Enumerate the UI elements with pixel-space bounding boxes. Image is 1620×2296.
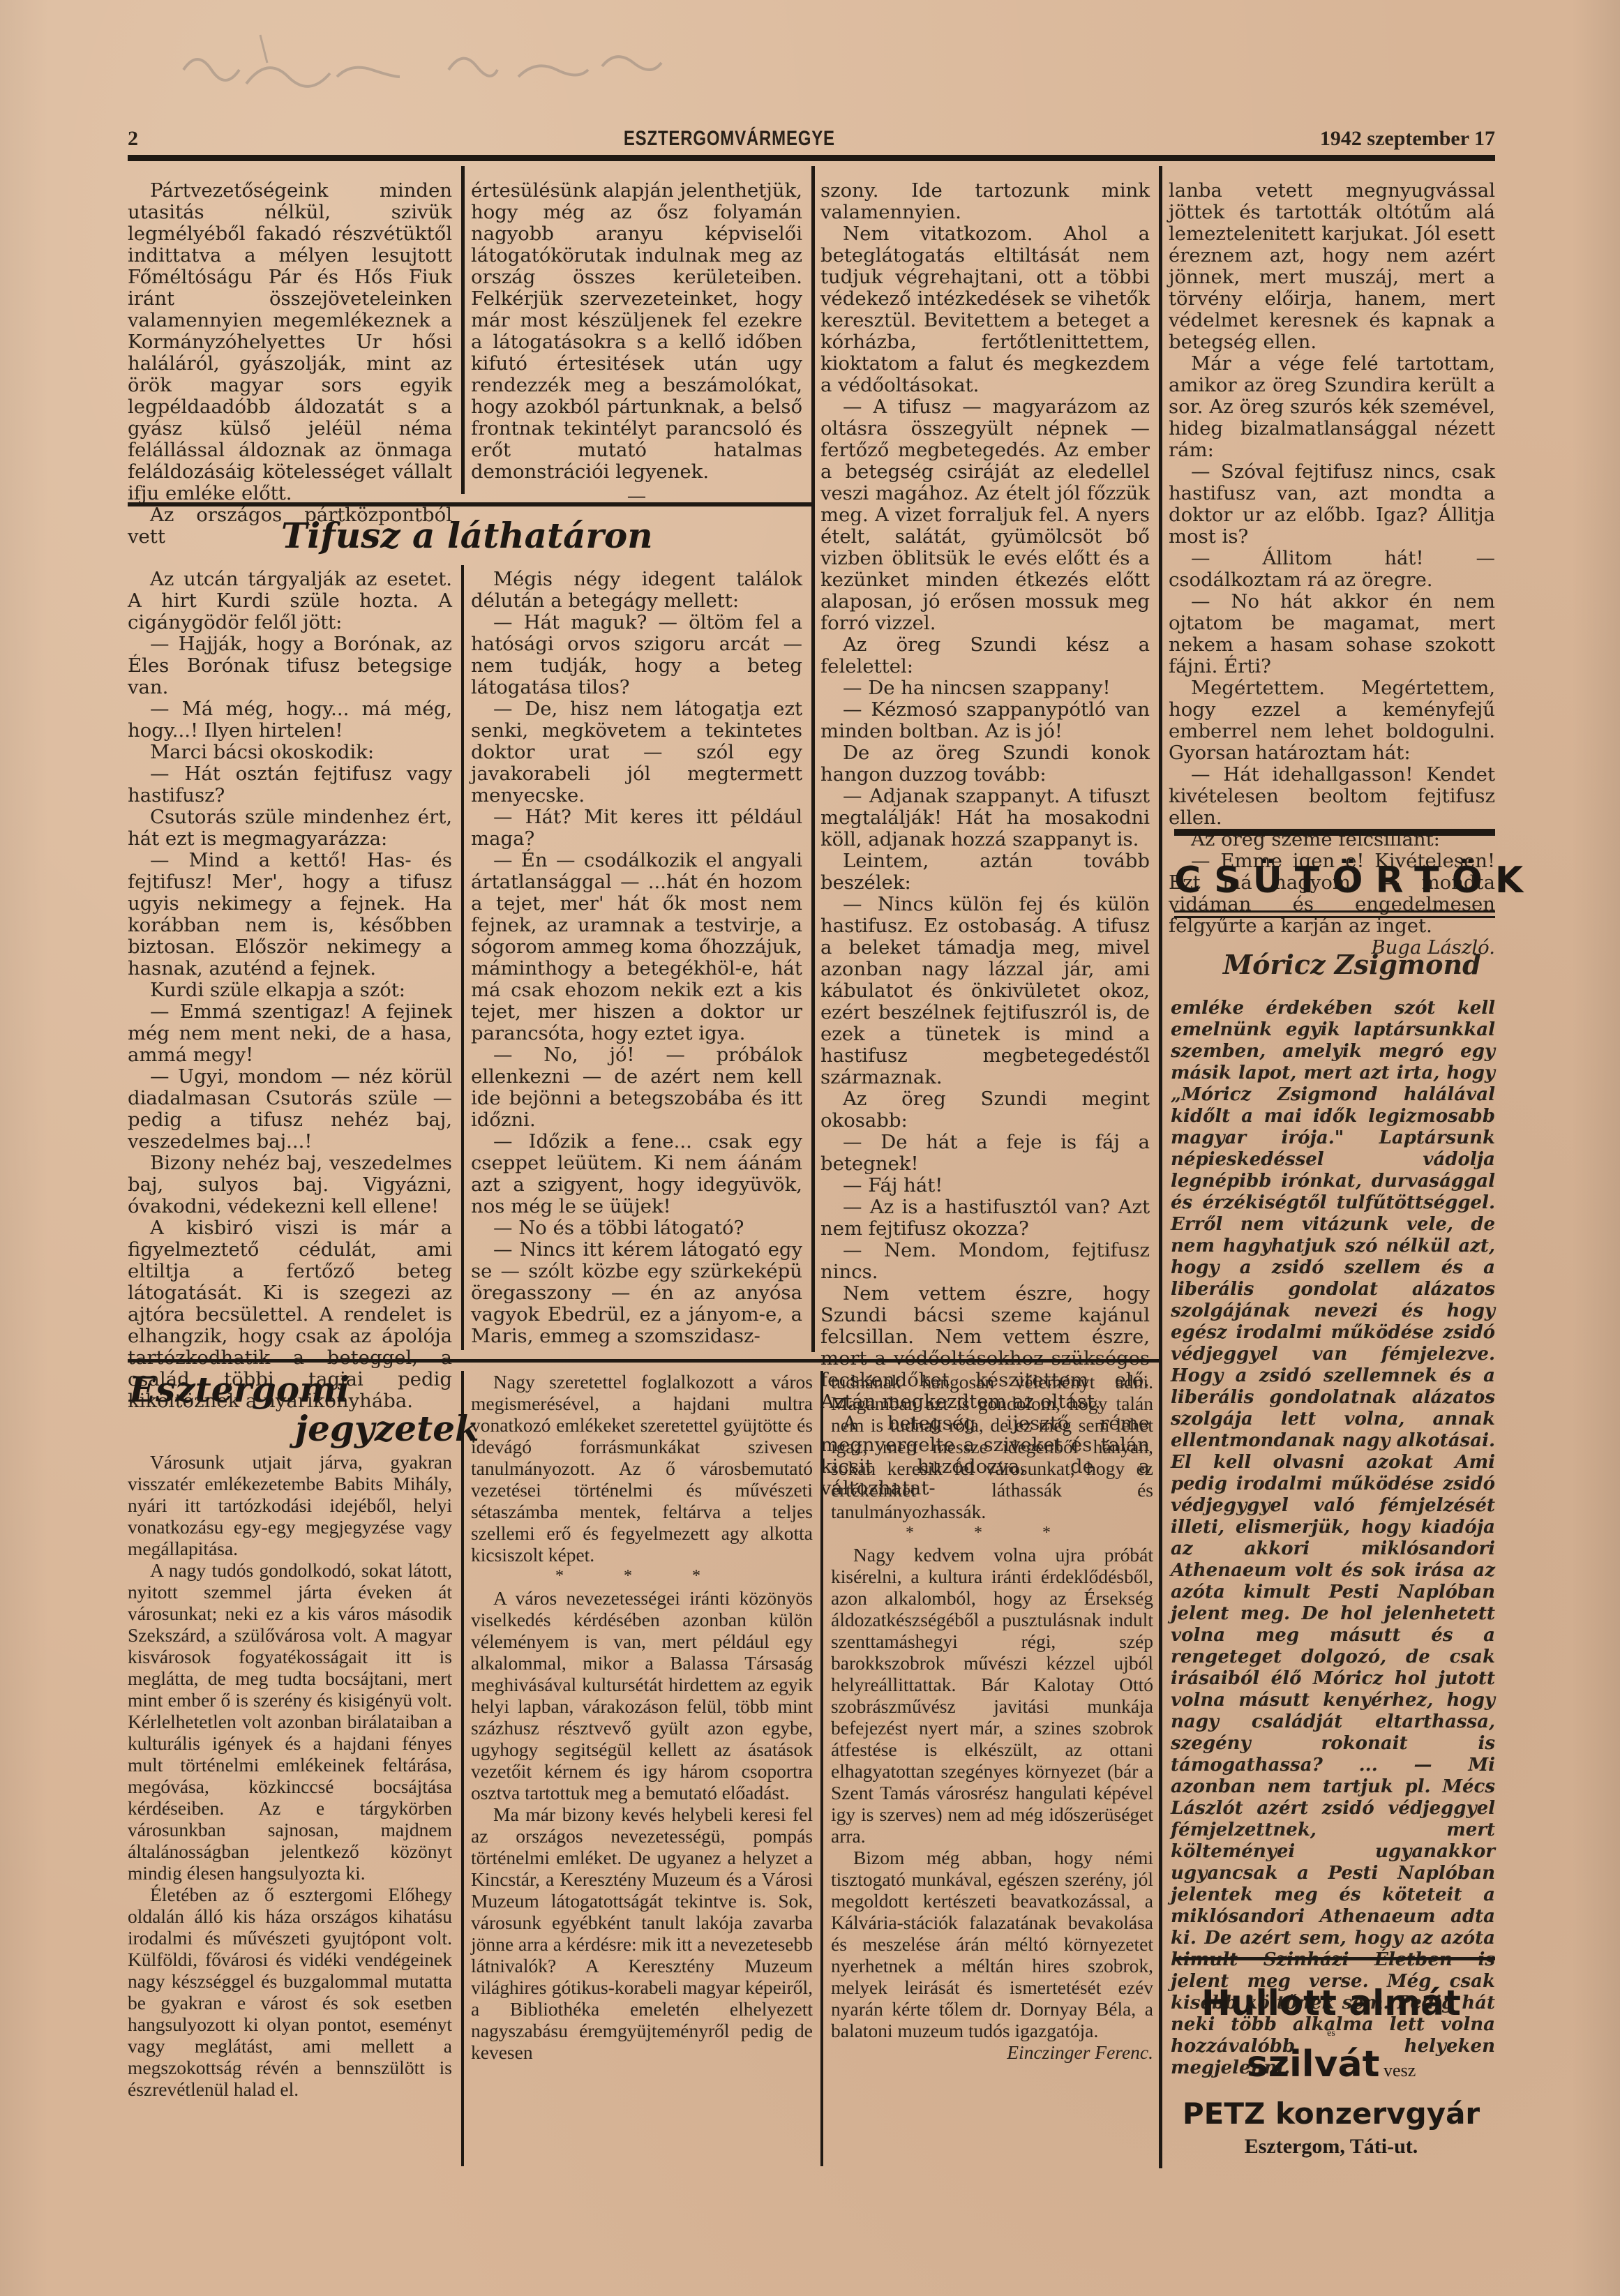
ad-line-plums: szilvát	[1247, 2043, 1380, 2085]
jegyzetek-col1: Városunk utjait járva, gyakran visszatér…	[128, 1451, 452, 2100]
paragraph: Már a vége felé tartottam, amikor az öre…	[1169, 353, 1495, 461]
paragraph: Az utcán tárgyalják az esetet. A hirt Ku…	[128, 569, 452, 633]
newspaper-page: 2 ESZTERGOMVÁRMEGYE 1942 szeptember 17 P…	[128, 0, 1495, 2296]
paragraph: — No hát akkor én nem ojtatom be magamat…	[1169, 591, 1495, 677]
paragraph: — Hát idehallgasson! Kendet kivételesen …	[1169, 764, 1495, 829]
paragraph: — Az is a hastifusztól van? Azt nem fejt…	[820, 1196, 1150, 1240]
section-rule	[128, 502, 811, 507]
paragraph: — A tifusz — magyarázom az oltásra össze…	[820, 396, 1150, 634]
page-number: 2	[128, 127, 138, 151]
section-rule	[1174, 829, 1495, 836]
jegyzetek-col2: Nagy szeretettel foglalkozott a város me…	[471, 1371, 813, 2063]
paragraph: lanba vetett megnyugvással jöttek és tar…	[1169, 180, 1495, 353]
masthead-rule	[128, 155, 1495, 161]
paragraph: Ma már bizony kevés helybeli keresi fel …	[471, 1803, 813, 2063]
paragraph: — De ha nincsen szappany!	[820, 677, 1150, 699]
ad-company-name: PETZ konzervgyár	[1167, 2094, 1495, 2133]
paragraph: — Nincs itt kérem látogató egy se — szól…	[471, 1239, 802, 1347]
column-divider	[461, 166, 465, 494]
author-signature: Einczinger Ferenc.	[831, 2041, 1153, 2063]
paragraph: Bizom még abban, hogy némi tisztogató mu…	[831, 1847, 1153, 2041]
paragraph: tudnának hangosan véleményt adni. Magamb…	[831, 1371, 1153, 1522]
ad-rule	[1174, 1957, 1495, 1960]
column-divider	[820, 1371, 823, 2166]
party-notice-col2: értesülésünk alapján jelenthetjük, hogy …	[471, 180, 802, 507]
paragraph: — Időzik a fene... csak egy cseppet leüü…	[471, 1131, 802, 1217]
paragraph: — Fáj hát!	[820, 1175, 1150, 1196]
paragraph: De az öreg Szundi konok hangon duzzog to…	[820, 742, 1150, 786]
ad-line-buys: vesz	[1383, 2060, 1416, 2080]
paragraph: Az öreg Szundi megint okosabb:	[820, 1088, 1150, 1132]
paragraph: Bizony nehéz baj, veszedelmes baj, sulyo…	[128, 1153, 452, 1217]
paragraph: — De, hisz nem látogatja ezt senki, megk…	[471, 698, 802, 806]
moricz-subtitle: Móricz Zsigmond	[1223, 949, 1481, 980]
paragraph: Nagy kedvem volna ujra próbát kisérelni,…	[831, 1544, 1153, 1847]
paragraph: Pártvezetőségeink minden utasitás nélkül…	[128, 180, 452, 504]
paragraph: — Nem. Mondom, fejtifusz nincs.	[820, 1240, 1150, 1283]
paragraph: — Emmá szentigaz! A fejinek még nem ment…	[128, 1001, 452, 1066]
paragraph: — Nincs külön fej és külön hastifusz. Ez…	[820, 894, 1150, 1088]
column-divider	[1159, 166, 1162, 2168]
paragraph: — Állitom hát! — csodálkoztam rá az öreg…	[1169, 548, 1495, 591]
paragraph: értesülésünk alapján jelenthetjük, hogy …	[471, 180, 802, 483]
paragraph: — Én — csodálkozik el angyali ártatlansá…	[471, 850, 802, 1044]
double-rule	[1174, 916, 1495, 918]
paragraph: Csutorás szüle mindenhez ért, hát ezt is…	[128, 806, 452, 850]
paragraph: — Hát? Mit keres itt például maga?	[471, 806, 802, 850]
paragraph: — Hajják, hogy a Borónak, az Éles Boróna…	[128, 633, 452, 698]
tifusz-col1: Az utcán tárgyalják az esetet. A hirt Ku…	[128, 569, 452, 1412]
issue-date: 1942 szeptember 17	[1320, 127, 1495, 151]
paragraph: — Mind a kettő! Has- és fejtifusz! Mer',…	[128, 850, 452, 980]
paragraph: — De hát a feje is fáj a betegnek!	[820, 1132, 1150, 1175]
column-divider	[461, 565, 464, 1350]
paragraph: A nagy tudós gondolkodó, sokat látott, n…	[128, 1559, 452, 1884]
tifusz-headline: Tifusz a láthatáron	[281, 515, 653, 556]
masthead: 2 ESZTERGOMVÁRMEGYE 1942 szeptember 17	[128, 127, 1495, 151]
double-rule	[1174, 910, 1495, 913]
paragraph: Marci bácsi okoskodik:	[128, 742, 452, 763]
paragraph: Nagy szeretettel foglalkozott a város me…	[471, 1371, 813, 1566]
section-rule	[128, 1359, 1159, 1363]
paragraph: — No, jó! — próbálok ellenkezni — de azé…	[471, 1044, 802, 1131]
newspaper-name: ESZTERGOMVÁRMEGYE	[623, 127, 834, 151]
paragraph: Leintem, aztán tovább beszélek:	[820, 850, 1150, 894]
handwritten-pencil-marks	[156, 28, 783, 119]
paragraph: Nem vitatkozom. Ahol a beteglátogatás el…	[820, 223, 1150, 396]
paragraph: — Szóval fejtifusz nincs, csak hastifusz…	[1169, 461, 1495, 548]
paragraph: A város nevezetességei iránti közönyös v…	[471, 1587, 813, 1803]
paragraph: — Hát maguk? — öltöm fel a hatósági orvo…	[471, 612, 802, 698]
paragraph: — Ugyi, mondom — néz körül diadalmasan C…	[128, 1066, 452, 1153]
jegyzetek-headline-line1: Esztergomi	[129, 1369, 350, 1410]
tifusz-col4: lanba vetett megnyugvással jöttek és tar…	[1169, 180, 1495, 959]
paragraph: Megértettem. Megértettem, hogy ezzel a k…	[1169, 677, 1495, 764]
section-stars: * * *	[471, 1566, 813, 1587]
jegyzetek-headline-line2: jegyzetek	[295, 1408, 479, 1449]
paragraph: — Adjanak szappanyt. A tifuszt megtalálj…	[820, 786, 1150, 850]
party-notice-col1: Pártvezetőségeink minden utasitás nélkül…	[128, 180, 452, 548]
petz-advertisement: Hullott almát és szilvát vesz PETZ konze…	[1167, 1981, 1495, 2160]
paragraph: — Kézmosó szappanypótló van minden boltb…	[820, 699, 1150, 742]
ad-line-apples: Hullott almát	[1167, 1981, 1495, 2025]
paragraph: emléke érdekében szót kell emelnünk egyi…	[1171, 998, 1495, 2079]
ad-address: Esztergom, Táti-ut.	[1167, 2133, 1495, 2160]
paragraph: Kurdi szüle elkapja a szót:	[128, 980, 452, 1001]
csutortok-body: emléke érdekében szót kell emelnünk egyi…	[1171, 998, 1495, 2079]
paragraph: Életében az ő esztergomi Előhegy oldalán…	[128, 1884, 452, 2100]
jegyzetek-col3: tudnának hangosan véleményt adni. Magamb…	[831, 1371, 1153, 2063]
column-divider	[811, 166, 815, 1352]
ad-line-and: és	[1167, 2025, 1495, 2043]
paragraph: Városunk utjait járva, gyakran visszatér…	[128, 1451, 452, 1559]
section-stars: * * *	[831, 1522, 1153, 1544]
paragraph: — Hát osztán fejtifusz vagy hastifusz?	[128, 763, 452, 806]
paragraph: — Má még, hogy... má még, hogy...! Ilyen…	[128, 698, 452, 742]
tifusz-col2: Mégis négy idegent találok délután a bet…	[471, 569, 802, 1347]
csutortok-title: CSÜTÖRTÖK	[1174, 860, 1536, 901]
tifusz-col3: szony. Ide tartozunk mink valamennyien. …	[820, 180, 1150, 1499]
paragraph: Mégis négy idegent találok délután a bet…	[471, 569, 802, 612]
paragraph: Az öreg Szundi kész a felelettel:	[820, 634, 1150, 677]
paragraph: szony. Ide tartozunk mink valamennyien.	[820, 180, 1150, 223]
column-divider	[461, 1371, 464, 2166]
paragraph: — No és a többi látogató?	[471, 1217, 802, 1239]
